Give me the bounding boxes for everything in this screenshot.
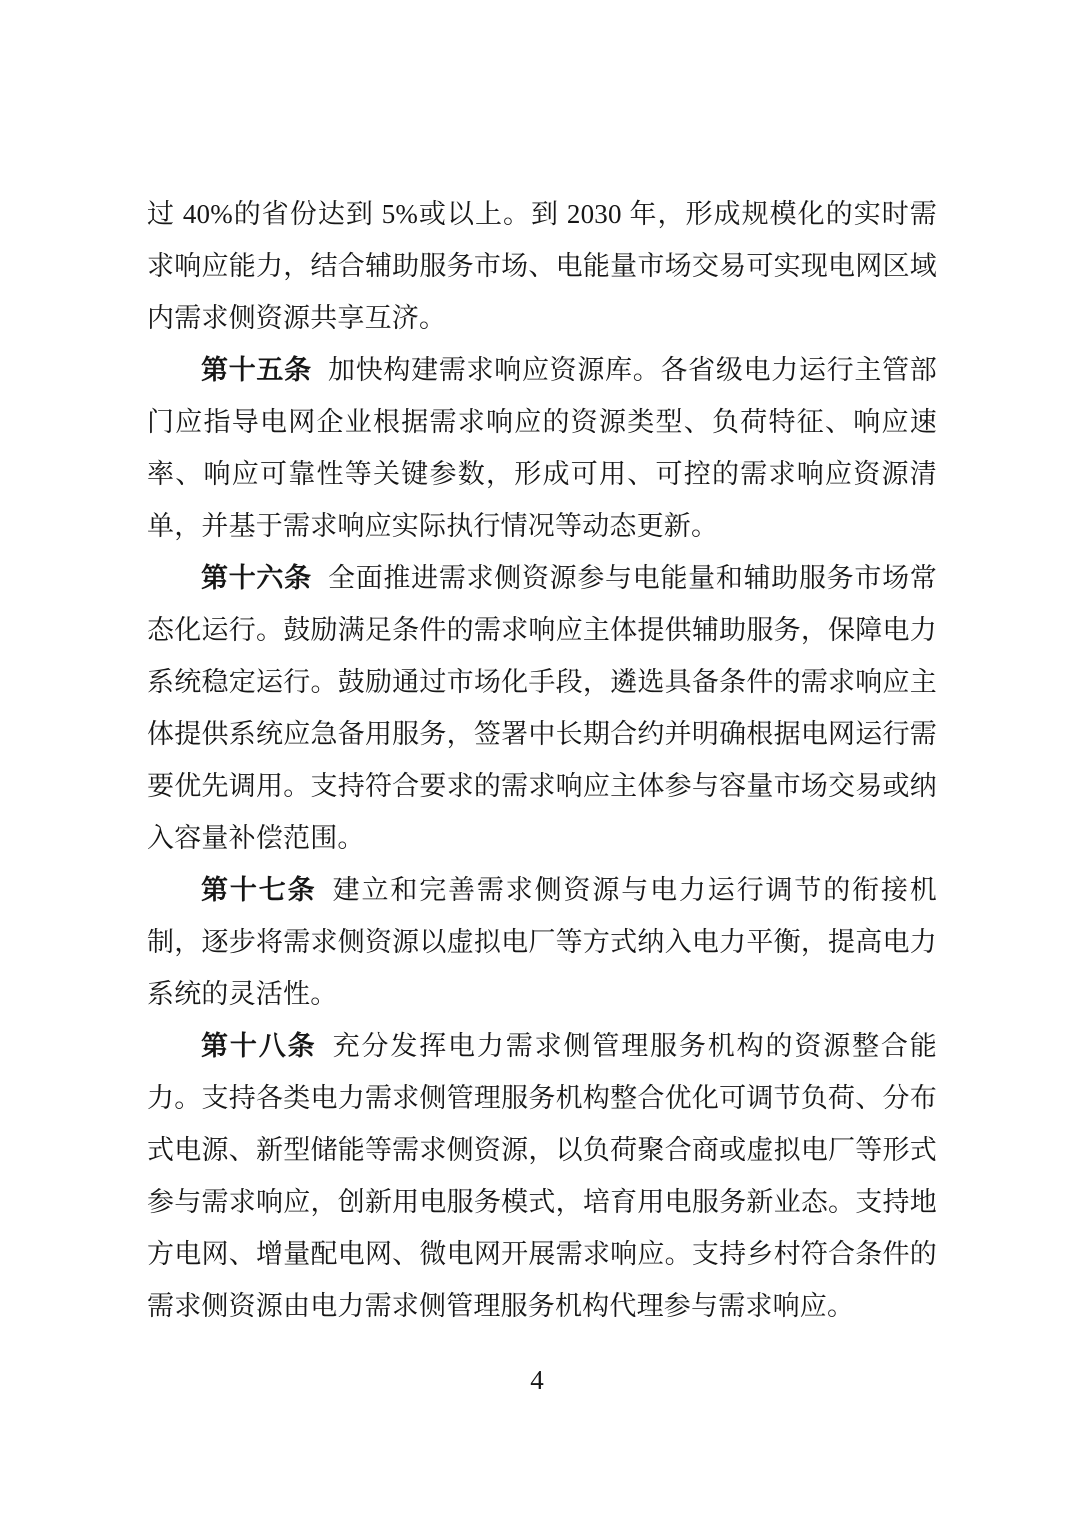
document-body: 过 40%的省份达到 5%或以上。到 2030 年，形成规模化的实时需求响应能力… — [147, 188, 937, 1332]
paragraph-article-17: 第十七条建立和完善需求侧资源与电力运行调节的衔接机制，逐步将需求侧资源以虚拟电厂… — [147, 864, 937, 1020]
article-17-heading: 第十七条 — [201, 875, 316, 905]
paragraph-text: 过 40%的省份达到 5%或以上。到 2030 年，形成规模化的实时需求响应能力… — [147, 199, 937, 333]
article-18-heading: 第十八条 — [201, 1031, 316, 1061]
paragraph-text: 充分发挥电力需求侧管理服务机构的资源整合能力。支持各类电力需求侧管理服务机构整合… — [147, 1031, 937, 1321]
article-15-heading: 第十五条 — [201, 355, 312, 385]
document-page: 过 40%的省份达到 5%或以上。到 2030 年，形成规模化的实时需求响应能力… — [0, 0, 1074, 1520]
paragraph-continuation: 过 40%的省份达到 5%或以上。到 2030 年，形成规模化的实时需求响应能力… — [147, 188, 937, 344]
paragraph-text: 全面推进需求侧资源参与电能量和辅助服务市场常态化运行。鼓励满足条件的需求响应主体… — [147, 563, 937, 853]
paragraph-article-18: 第十八条充分发挥电力需求侧管理服务机构的资源整合能力。支持各类电力需求侧管理服务… — [147, 1020, 937, 1332]
page-footer: 4 — [0, 1358, 1074, 1402]
article-16-heading: 第十六条 — [201, 563, 312, 593]
paragraph-article-16: 第十六条全面推进需求侧资源参与电能量和辅助服务市场常态化运行。鼓励满足条件的需求… — [147, 552, 937, 864]
paragraph-article-15: 第十五条加快构建需求响应资源库。各省级电力运行主管部门应指导电网企业根据需求响应… — [147, 344, 937, 552]
page-number: 4 — [530, 1365, 544, 1395]
